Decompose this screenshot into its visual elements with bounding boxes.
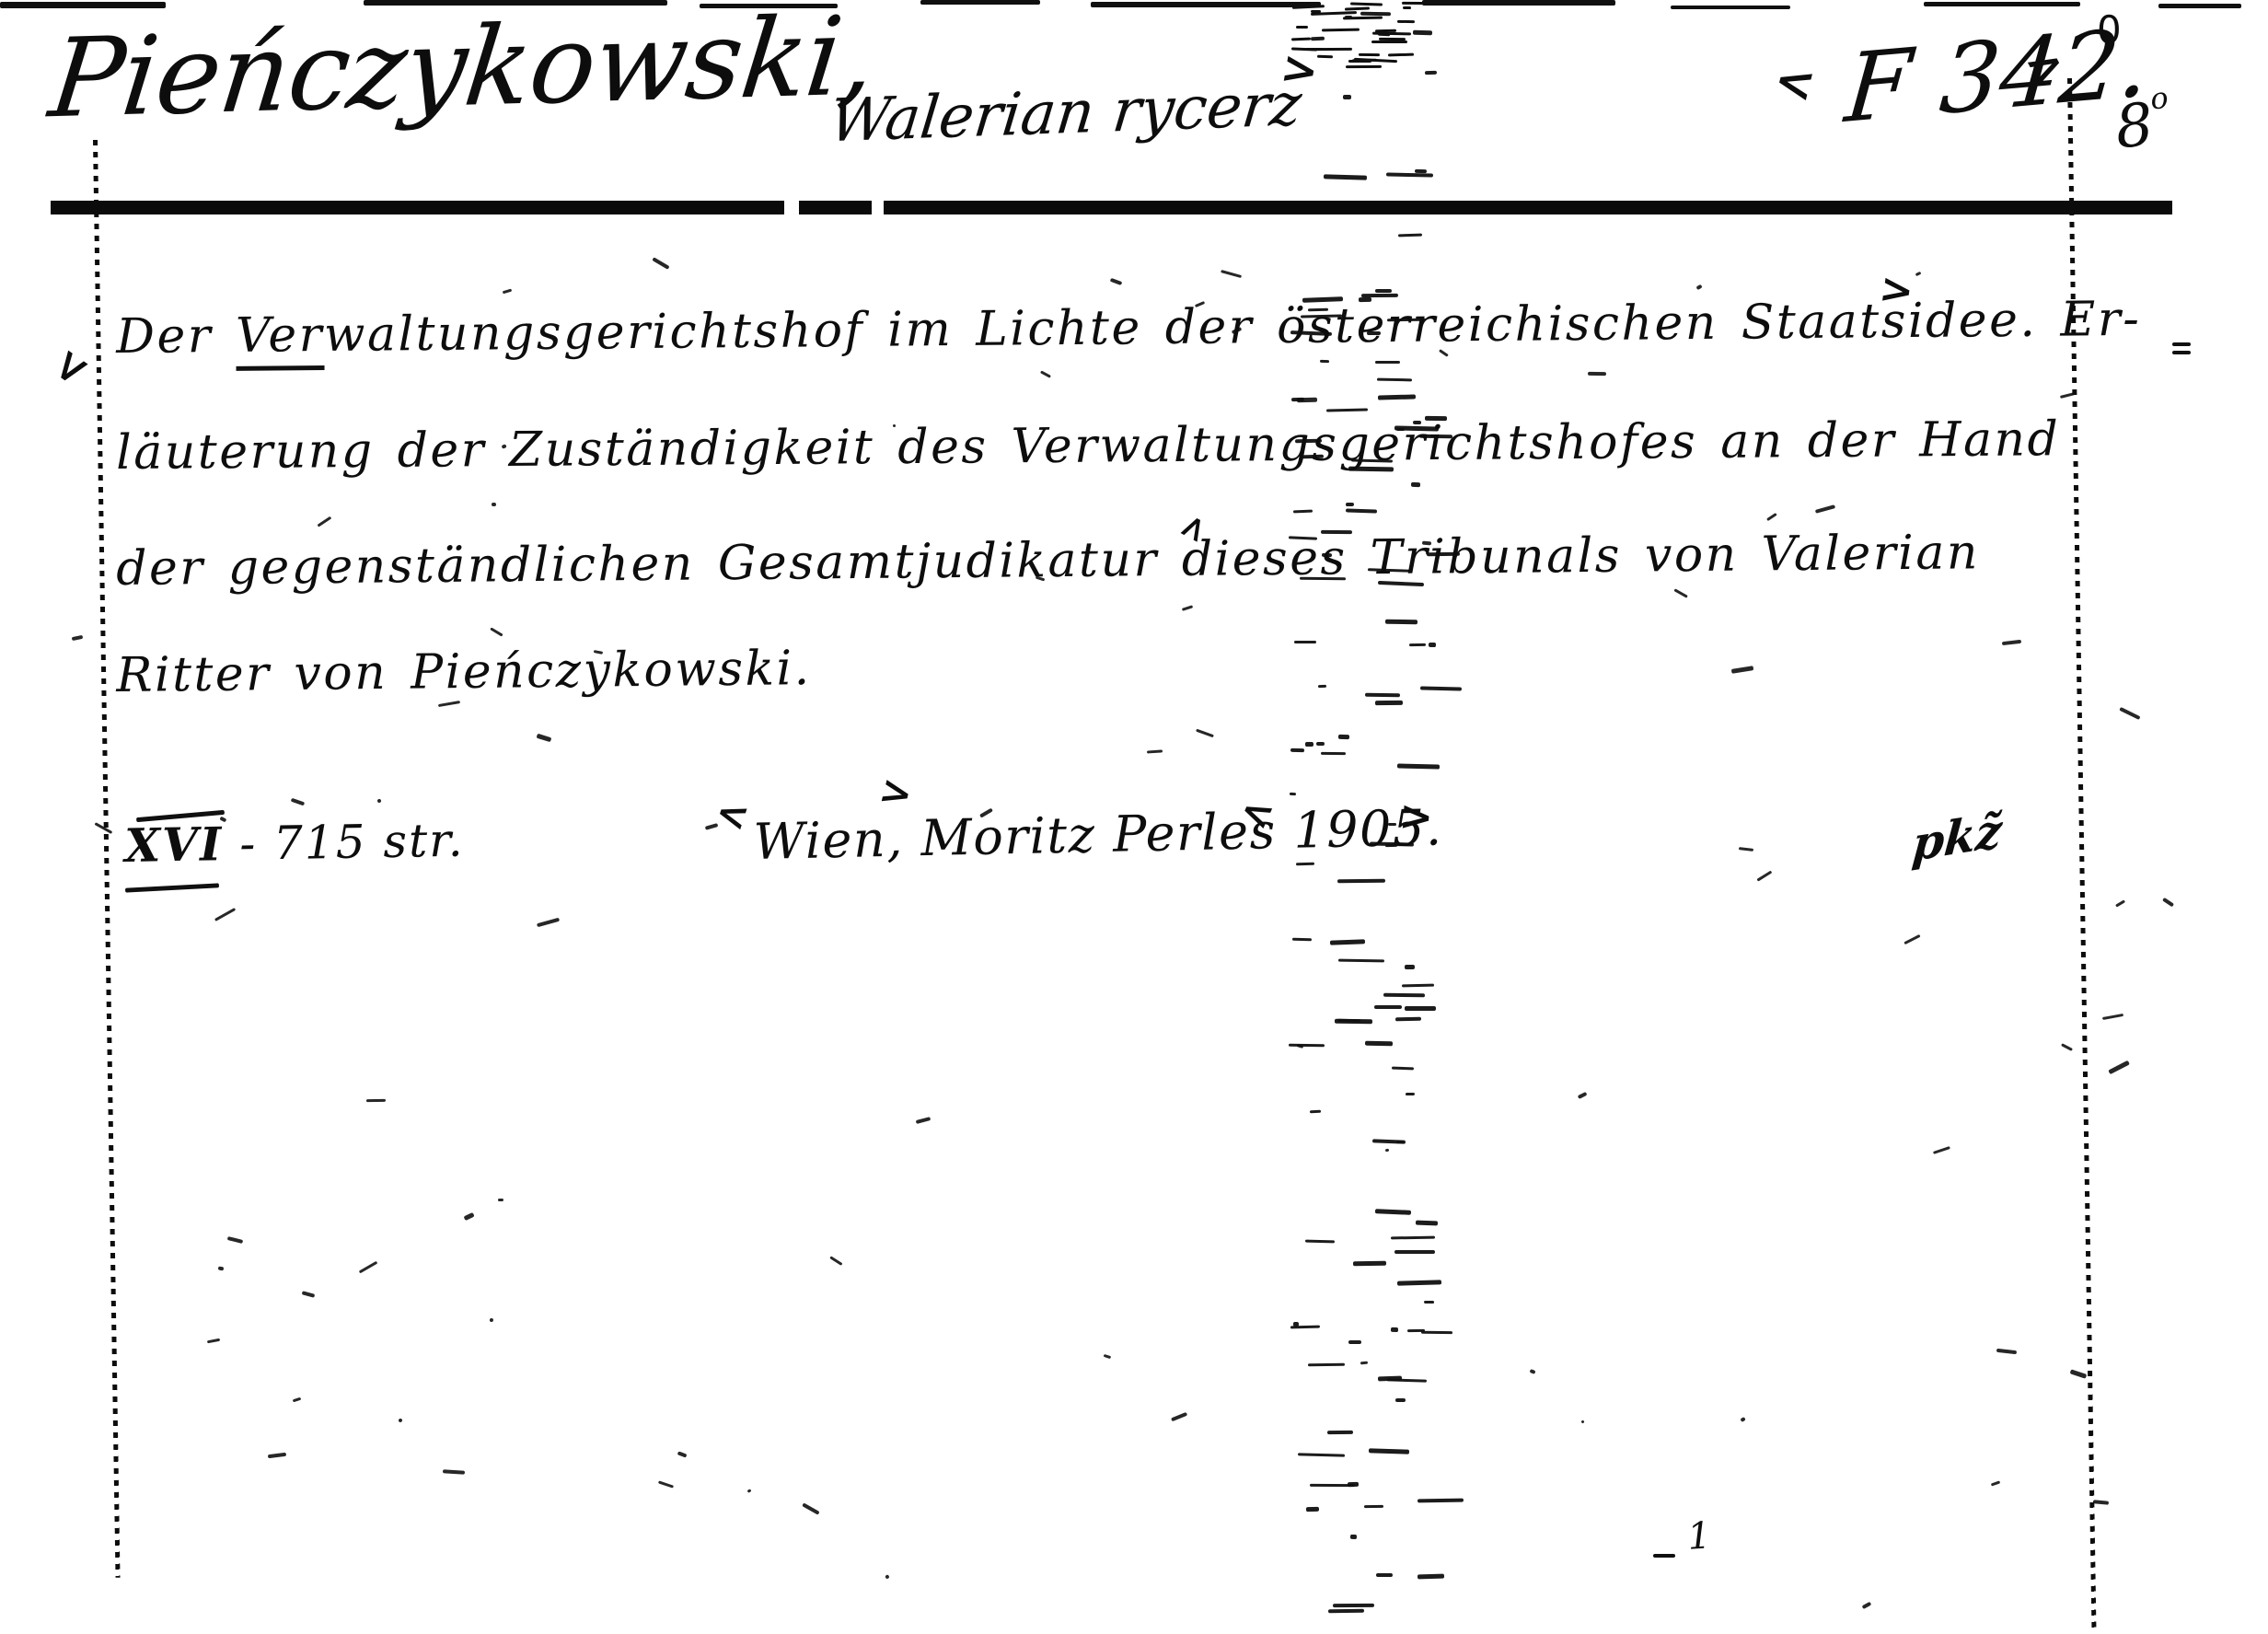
scan-noise-dash xyxy=(1310,1110,1321,1113)
scan-noise-dash xyxy=(1411,482,1420,487)
scan-noise-dash xyxy=(1337,1018,1360,1021)
scan-noise-dash xyxy=(1171,1411,1187,1420)
title-line-1-underlined: Ver xyxy=(236,307,325,371)
scan-noise-dash xyxy=(1402,983,1434,986)
scan-noise-dash xyxy=(1365,692,1400,697)
scan-noise-dash xyxy=(1290,748,1304,753)
proof-mark-after-year: > xyxy=(1398,796,1435,839)
scan-noise-dash xyxy=(2119,707,2140,720)
scan-noise-dash xyxy=(1297,397,1317,401)
scan-noise-dash xyxy=(1405,965,1415,969)
scan-noise-dash xyxy=(1862,1602,1872,1609)
scan-noise-dash xyxy=(1397,20,1415,23)
scan-noise-dash xyxy=(2108,1060,2129,1074)
scan-noise-dash xyxy=(915,1117,931,1124)
scan-noise-dash xyxy=(1103,1354,1110,1359)
scan-noise-dash xyxy=(1311,10,1321,13)
scan-noise-dash xyxy=(1406,1093,1415,1096)
scan-noise-dash xyxy=(1305,1239,1336,1242)
scan-noise-dash xyxy=(464,1212,475,1221)
scan-noise-dash xyxy=(1671,6,1790,9)
scan-noise-dash xyxy=(1306,1507,1319,1512)
scan-noise-dash xyxy=(1673,588,1688,598)
scan-noise-dash xyxy=(1346,65,1382,68)
scan-noise-dash xyxy=(502,289,511,295)
scan-noise-dash xyxy=(1739,847,1753,852)
scan-noise-dash xyxy=(829,1256,842,1265)
xvi-underline xyxy=(125,883,219,892)
scan-noise-dash xyxy=(1354,58,1397,63)
scan-noise-dash xyxy=(1378,33,1390,37)
scan-noise-dash xyxy=(1350,1535,1358,1539)
scan-noise-dash xyxy=(1398,233,1422,237)
scan-noise-dash xyxy=(1365,1041,1393,1046)
scan-noise-dash xyxy=(1757,871,1773,883)
scan-noise-dash xyxy=(1293,1321,1300,1326)
title-line-1: Der Verwaltungsgerichtshof im Lichte der… xyxy=(116,296,2141,361)
scan-noise-dash xyxy=(1395,1017,1421,1021)
page-number: 1 xyxy=(1686,1517,1712,1556)
heading-rule-segment xyxy=(799,201,872,214)
scan-noise-dash xyxy=(1289,1043,1325,1047)
scan-noise-dash xyxy=(1296,863,1314,866)
scan-noise-dash xyxy=(1422,0,1615,6)
scan-noise-dash xyxy=(2102,1014,2123,1020)
scan-noise-dash xyxy=(920,0,1040,5)
scan-noise-dash xyxy=(1409,643,1426,645)
scan-noise-dash xyxy=(490,1317,493,1321)
heading-rule-segment xyxy=(884,201,2172,214)
scan-noise-dash xyxy=(1397,1280,1441,1285)
scan-noise-dash xyxy=(1933,1146,1950,1154)
scan-noise-dash xyxy=(318,516,332,527)
scan-noise-dash xyxy=(207,1338,221,1343)
imprint: Wien, Moritz Perles 1905. xyxy=(753,803,1443,867)
scan-noise-dash xyxy=(2061,1043,2073,1051)
scan-noise-dash xyxy=(1376,1573,1393,1577)
scan-noise-dash xyxy=(442,1469,464,1475)
scan-noise-dash xyxy=(1429,643,1436,647)
scan-noise-dash xyxy=(1091,2,1321,7)
scan-noise-dash xyxy=(1321,752,1346,755)
scan-noise-dash xyxy=(1221,270,1242,278)
scan-noise-dash xyxy=(1424,1301,1434,1304)
scan-noise-dash xyxy=(1290,1325,1320,1328)
scan-noise-dash xyxy=(1338,959,1384,963)
scan-noise-dash xyxy=(1353,1260,1386,1265)
scan-noise-dash xyxy=(1327,1431,1353,1434)
scan-noise-dash xyxy=(2172,351,2191,354)
proof-mark-above-imprint: > xyxy=(875,770,916,815)
scan-noise-dash xyxy=(376,798,381,803)
scan-noise-dash xyxy=(1352,59,1377,63)
scan-noise-dash xyxy=(1388,53,1414,57)
format-note-zero: 0 xyxy=(2097,11,2122,50)
proof-mark-before-imprint: < xyxy=(711,792,753,839)
scan-noise-dash xyxy=(218,1266,225,1270)
scan-noise-dash xyxy=(1296,26,1308,29)
scan-noise-dash xyxy=(1383,993,1425,998)
scan-noise-dash xyxy=(885,1575,889,1580)
scan-noise-dash xyxy=(1391,1236,1435,1240)
scan-noise-dash xyxy=(1371,40,1407,42)
scan-noise-dash xyxy=(1371,1140,1405,1145)
scan-noise-dash xyxy=(747,1489,752,1493)
heading-rule-segment xyxy=(51,201,784,214)
scan-noise-dash xyxy=(290,798,304,805)
scan-noise-dash xyxy=(1292,5,1325,9)
scan-noise-dash xyxy=(1578,1092,1587,1099)
heading-given-name: Walerian rycerz xyxy=(827,75,1304,151)
scan-noise-dash xyxy=(498,1199,503,1201)
scan-noise-dash xyxy=(1346,508,1377,514)
scan-noise-dash xyxy=(1387,1378,1427,1382)
title-line-1-start: Der xyxy=(116,308,236,365)
scan-noise-dash xyxy=(292,1397,301,1403)
scan-noise-dash xyxy=(1311,11,1357,16)
scan-noise-dash xyxy=(1311,37,1325,41)
scan-noise-dash xyxy=(1396,1141,1404,1143)
scan-noise-dash xyxy=(1384,620,1417,624)
scan-noise-dash xyxy=(1348,60,1371,63)
scan-noise-dash xyxy=(1343,95,1351,99)
scan-noise-dash xyxy=(1310,1484,1355,1487)
scan-noise-dash xyxy=(1308,1362,1345,1366)
scan-noise-dash xyxy=(1588,372,1606,376)
scan-noise-dash xyxy=(1417,1574,1443,1580)
heading-surname: Pieńczykowski, xyxy=(45,1,881,133)
scan-noise-dash xyxy=(1293,509,1313,513)
scan-noise-dash xyxy=(537,918,560,927)
scan-noise-dash xyxy=(1425,71,1437,75)
scan-noise-dash xyxy=(1405,1006,1436,1011)
scan-noise-dash xyxy=(1335,1018,1372,1023)
scan-noise-dash xyxy=(536,734,551,742)
scan-noise-dash xyxy=(1345,6,1370,10)
scan-noise-dash xyxy=(1581,1420,1585,1423)
scan-noise-dash xyxy=(1364,1505,1383,1509)
scan-noise-dash xyxy=(302,1292,315,1298)
scan-noise-dash xyxy=(1394,1250,1435,1254)
scan-noise-dash xyxy=(1375,29,1396,33)
scan-noise-dash xyxy=(1328,1609,1364,1614)
scan-noise-dash xyxy=(1350,3,1383,6)
scan-noise-dash xyxy=(1348,1340,1361,1344)
catalog-card: Pieńczykowski, Walerian rycerz < F 342. … xyxy=(0,0,2268,1634)
scan-noise-dash xyxy=(1196,729,1214,737)
scan-noise-dash xyxy=(677,1452,688,1459)
collation-rest: - 715 str. xyxy=(223,814,465,872)
scan-noise-dash xyxy=(1407,1329,1425,1332)
scan-noise-dash xyxy=(1392,1066,1414,1070)
scan-noise-dash xyxy=(1360,1362,1368,1365)
scan-noise-dash xyxy=(1416,1221,1438,1226)
scan-noise-dash xyxy=(366,1098,386,1101)
scan-noise-dash xyxy=(1903,934,1920,945)
scan-noise-dash xyxy=(2070,1369,2087,1378)
scan-noise-dash xyxy=(1338,735,1349,739)
collation-roman-pages: XVI xyxy=(124,817,224,873)
scan-noise-dash xyxy=(1731,666,1753,673)
scan-noise-dash xyxy=(1378,1376,1402,1382)
scan-noise-dash xyxy=(1182,605,1194,611)
book-format: 8o xyxy=(2112,83,2174,158)
proof-mark-er-caret: > xyxy=(1877,269,1916,314)
format-superscript: o xyxy=(2148,80,2170,117)
scan-noise-dash xyxy=(2162,898,2174,908)
scan-noise-dash xyxy=(1147,749,1163,753)
scan-noise-dash xyxy=(268,1453,287,1459)
scan-noise-dash xyxy=(1318,685,1326,688)
proof-mark-left-caret: < xyxy=(1769,55,1820,111)
scan-noise-dash xyxy=(1378,32,1396,36)
collation: XVI - 715 str. xyxy=(124,817,465,869)
scan-noise-dash xyxy=(1372,31,1411,35)
margin-insert-mark: < xyxy=(41,341,97,394)
scan-noise-dash xyxy=(1346,503,1354,506)
scan-noise-dash xyxy=(1291,398,1304,401)
scan-noise-dash xyxy=(2172,342,2191,346)
scan-noise-dash xyxy=(1413,29,1432,34)
proof-mark-top-center: > xyxy=(1278,45,1322,95)
scan-noise-dash xyxy=(359,1260,378,1273)
scan-noise-dash xyxy=(1374,361,1399,364)
scan-noise-dash xyxy=(652,258,669,270)
scan-noise-dash xyxy=(1324,175,1367,180)
scan-noise-dash xyxy=(1343,17,1383,20)
scan-noise-dash xyxy=(1322,28,1360,31)
scan-noise-dash xyxy=(1373,1005,1401,1009)
scan-noise-dash xyxy=(1326,408,1368,411)
scan-noise-dash xyxy=(1924,2,2080,6)
scan-noise-dash xyxy=(1391,1327,1398,1332)
scan-noise-dash xyxy=(1337,879,1385,883)
scan-noise-dash xyxy=(1530,1369,1536,1374)
scan-noise-dash xyxy=(1377,378,1412,382)
scan-noise-dash xyxy=(1996,1348,2018,1353)
scan-noise-dash xyxy=(1292,937,1312,940)
scan-noise-dash xyxy=(1345,16,1352,18)
cataloguer-initials: pkz̃ xyxy=(1911,807,2004,869)
scan-noise-dash xyxy=(1296,1044,1302,1048)
scan-noise-dash xyxy=(658,1480,674,1488)
scan-noise-dash xyxy=(1333,1604,1374,1607)
scan-noise-dash xyxy=(1109,278,1122,285)
scan-noise-dash xyxy=(1415,169,1427,173)
scan-noise-dash xyxy=(1815,504,1835,514)
scan-noise-dash xyxy=(1330,939,1366,944)
title-line-1-rest: waltungsgerichtshof im Lichte der österr… xyxy=(324,292,2142,363)
scan-noise-dash xyxy=(2115,899,2125,907)
scan-noise-dash xyxy=(1375,289,1392,293)
scan-noise-dash xyxy=(2002,640,2021,645)
scan-noise-dash xyxy=(1294,641,1316,643)
scan-noise-dash xyxy=(214,908,236,921)
scan-noise-dash xyxy=(1298,1453,1345,1456)
scan-noise-dash xyxy=(1375,1209,1412,1214)
scan-noise-dash xyxy=(1348,1481,1359,1486)
scan-noise-dash xyxy=(491,627,503,636)
scan-noise-dash xyxy=(2158,4,2241,8)
scan-noise-dash xyxy=(1379,38,1406,41)
scan-noise-dash xyxy=(0,2,166,8)
scan-noise-dash xyxy=(1316,742,1325,746)
scan-noise-dash xyxy=(1378,395,1416,400)
title-line-3: der gegenständlichen Gesamtjudikatur die… xyxy=(116,528,1980,593)
scan-noise-dash xyxy=(398,1419,402,1423)
scan-noise-dash xyxy=(1695,284,1702,290)
scan-noise-dash xyxy=(2093,1501,2109,1505)
scan-noise-dash xyxy=(1653,1554,1675,1558)
scan-noise-dash xyxy=(1305,742,1313,747)
scan-noise-dash xyxy=(1386,172,1433,177)
scan-noise-dash xyxy=(1991,1480,2000,1486)
scan-noise-dash xyxy=(492,503,496,506)
title-line-4: Ritter von Pieńczykowski. xyxy=(116,644,812,700)
scan-noise-dash xyxy=(1403,6,1411,9)
scan-noise-dash xyxy=(1741,1417,1746,1422)
scan-noise-dash xyxy=(1040,371,1051,378)
scan-noise-dash xyxy=(1402,2,1440,5)
scan-noise-dash xyxy=(1385,1149,1389,1153)
scan-noise-dash xyxy=(802,1502,819,1514)
scan-noise-dash xyxy=(1291,38,1311,41)
scan-noise-dash xyxy=(1397,763,1440,769)
scan-noise-dash xyxy=(1369,1448,1409,1454)
scan-noise-dash xyxy=(1320,360,1329,364)
scan-noise-dash xyxy=(1395,1398,1406,1402)
scan-noise-dash xyxy=(1421,1331,1452,1334)
scan-noise-dash xyxy=(1359,53,1380,56)
scan-noise-dash xyxy=(1420,686,1462,690)
scan-noise-dash xyxy=(71,635,82,641)
scan-noise-dash xyxy=(1766,513,1777,521)
scan-noise-dash xyxy=(1375,701,1403,705)
scan-noise-dash xyxy=(438,701,460,707)
scan-noise-dash xyxy=(1360,12,1391,16)
scan-noise-dash xyxy=(226,1236,243,1244)
scan-noise-dash xyxy=(1417,1499,1464,1503)
title-line-2: läuterung der Zuständigkeit des Verwaltu… xyxy=(116,415,2060,477)
scan-noise-dash xyxy=(1290,793,1296,795)
